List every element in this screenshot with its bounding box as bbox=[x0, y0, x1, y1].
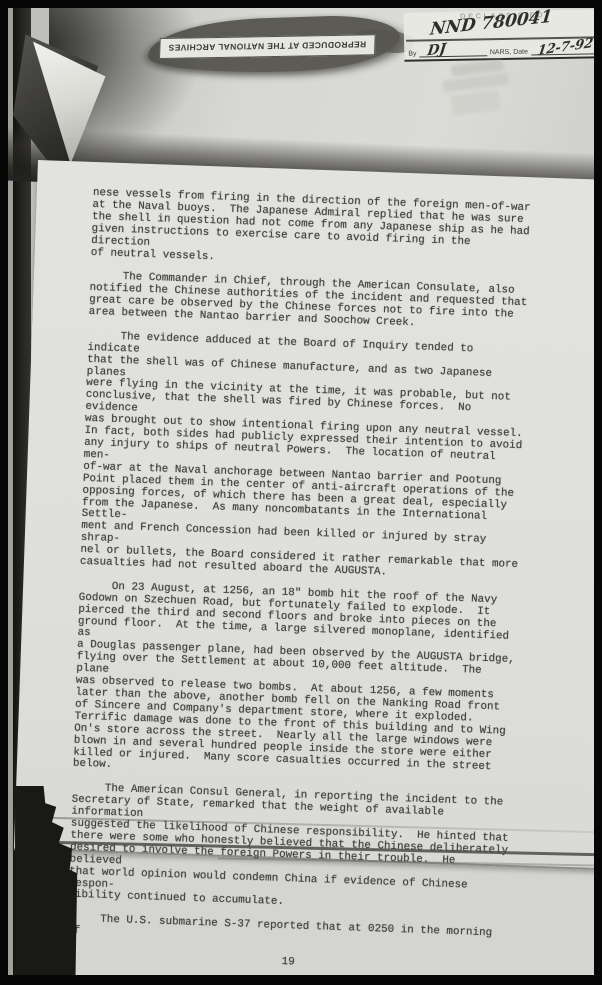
national-archives-stamp-label: REPRODUCED AT THE NATIONAL ARCHIVES bbox=[159, 34, 376, 59]
paragraph: nese vessels from firing in the directio… bbox=[91, 188, 537, 275]
document-page: nese vessels from firing in the directio… bbox=[14, 160, 594, 872]
scanned-document-photo: REPRODUCED AT THE NATIONAL ARCHIVES DECL… bbox=[0, 0, 602, 985]
by-initials-handwritten: DJ bbox=[426, 41, 447, 60]
by-label: By bbox=[408, 51, 416, 58]
declassified-stamp: DECLASSIFIED NND 780041 By DJ NARS, Date… bbox=[404, 9, 594, 61]
paragraph: The U.S. submarine S-37 reported that at… bbox=[67, 914, 512, 953]
paragraph: The evidence adduced at the Board of Inq… bbox=[80, 331, 532, 584]
faint-stamp-mark bbox=[450, 90, 500, 116]
paragraph: On 23 August, at 1256, an 18" bomb hit t… bbox=[73, 581, 523, 787]
date-signature-line: 12-7-92 bbox=[531, 38, 594, 55]
national-archives-stamp: REPRODUCED AT THE NATIONAL ARCHIVES bbox=[137, 11, 407, 82]
by-signature-line: DJ bbox=[419, 40, 487, 57]
photo-area: REPRODUCED AT THE NATIONAL ARCHIVES DECL… bbox=[8, 8, 594, 975]
page-number: 19 bbox=[66, 949, 510, 975]
typed-text-block: nese vessels from firing in the directio… bbox=[66, 188, 537, 975]
paragraph: The Commander in Chief, through the Amer… bbox=[88, 271, 533, 334]
faint-stamp bbox=[433, 55, 532, 128]
stamp-by-line: By DJ NARS, Date 12-7-92 bbox=[408, 39, 594, 57]
date-handwritten: 12-7-92 bbox=[536, 36, 594, 59]
